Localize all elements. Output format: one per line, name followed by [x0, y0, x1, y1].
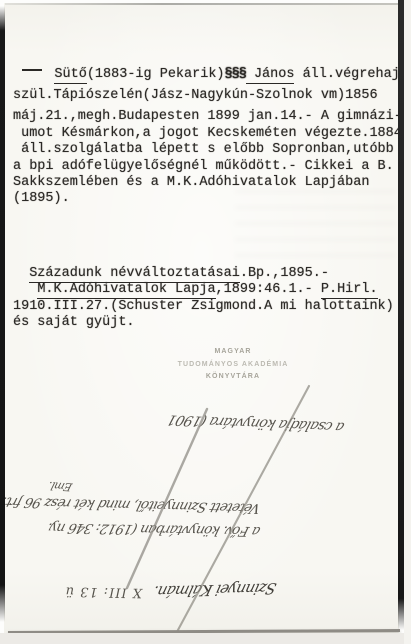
pencil-stroke-left: [127, 409, 207, 588]
pencil-stroke-right: [171, 386, 309, 643]
scanned-catalog-card: Sütő(1883-ig Pekarik)§§§ János áll.végre…: [0, 0, 411, 644]
scan-edge-top: [5, 3, 398, 5]
scan-margin-right: [404, 0, 411, 644]
pencil-strokes: [0, 0, 411, 644]
scan-edge-left: [0, 6, 5, 622]
scan-margin-bottom: [0, 633, 411, 644]
